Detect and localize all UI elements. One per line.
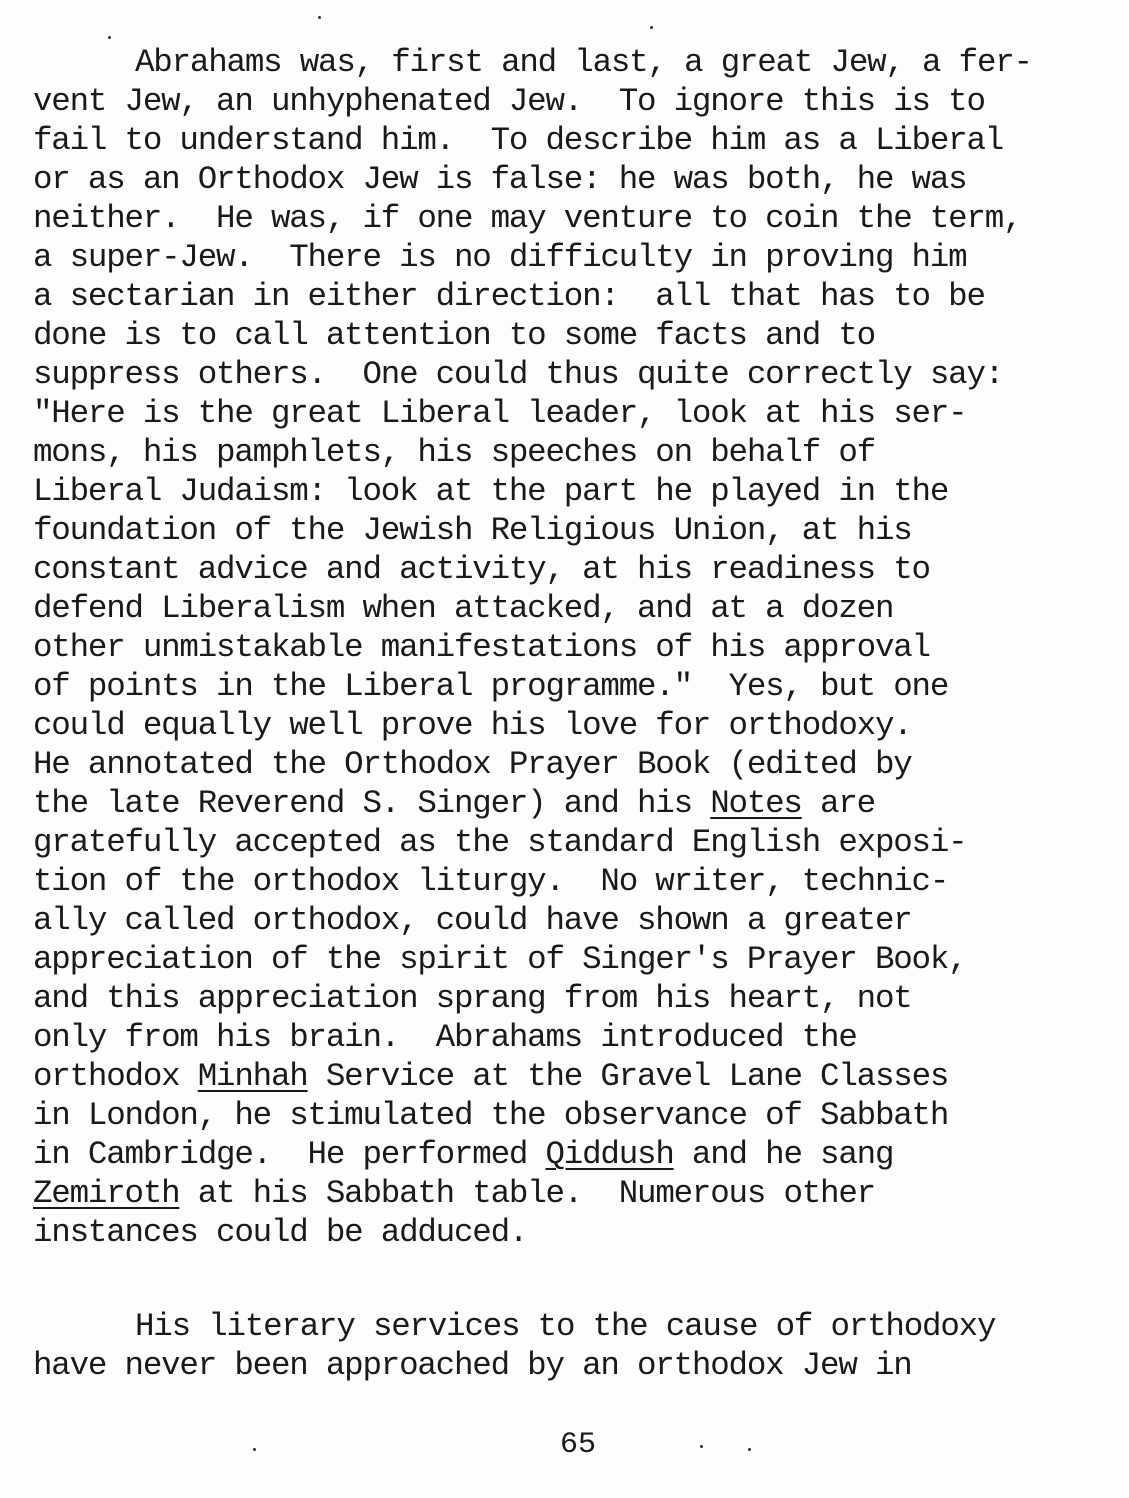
text-run: foundation of the Jewish Religious Union…	[33, 512, 912, 549]
paragraph1-line: in Cambridge. He performed Qiddush and h…	[33, 1136, 893, 1174]
paragraph1-line: in London, he stimulated the observance …	[33, 1097, 948, 1135]
text-run: the late Reverend S. Singer) and his	[33, 785, 710, 822]
paragraph1-line: He annotated the Orthodox Prayer Book (e…	[33, 746, 912, 784]
text-run: Abrahams was, first and last, a great Je…	[135, 44, 1032, 81]
scan-speck	[700, 1445, 703, 1448]
paragraph1-line: or as an Orthodox Jew is false: he was b…	[33, 161, 966, 199]
text-run: "Here is the great Liberal leader, look …	[33, 395, 966, 432]
text-run: vent Jew, an unhyphenated Jew. To ignore…	[33, 83, 985, 120]
text-run: other unmistakable manifestations of his…	[33, 629, 930, 666]
text-run: of points in the Liberal programme." Yes…	[33, 668, 948, 705]
paragraph1-line: appreciation of the spirit of Singer's P…	[33, 941, 966, 979]
text-run: Liberal Judaism: look at the part he pla…	[33, 473, 948, 510]
paragraph1-line: foundation of the Jewish Religious Union…	[33, 512, 912, 550]
text-run: gratefully accepted as the standard Engl…	[33, 824, 966, 861]
text-run: fail to understand him. To describe him …	[33, 122, 1003, 159]
scan-speck	[650, 26, 653, 29]
text-run: His literary services to the cause of or…	[135, 1308, 995, 1345]
text-run: orthodox	[33, 1058, 198, 1095]
paragraph2-line: His literary services to the cause of or…	[135, 1308, 995, 1346]
text-run: neither. He was, if one may venture to c…	[33, 200, 1021, 237]
text-run: have never been approached by an orthodo…	[33, 1347, 912, 1384]
text-run: defend Liberalism when attacked, and at …	[33, 590, 893, 627]
text-run: at his Sabbath table. Numerous other	[179, 1175, 875, 1212]
text-run: and he sang	[674, 1136, 894, 1173]
paragraph1-line: mons, his pamphlets, his speeches on beh…	[33, 434, 875, 472]
text-run: only from his brain. Abrahams introduced…	[33, 1019, 857, 1056]
text-run: are	[802, 785, 875, 822]
text-run: a super-Jew. There is no difficulty in p…	[33, 239, 966, 276]
paragraph1-line: Abrahams was, first and last, a great Je…	[135, 44, 1032, 82]
text-run: a sectarian in either direction: all tha…	[33, 278, 985, 315]
scan-speck	[253, 1448, 256, 1451]
paragraph1-line: vent Jew, an unhyphenated Jew. To ignore…	[33, 83, 985, 121]
text-run: in London, he stimulated the observance …	[33, 1097, 948, 1134]
text-run: in Cambridge. He performed	[33, 1136, 546, 1173]
paragraph1-line: of points in the Liberal programme." Yes…	[33, 668, 948, 706]
text-run: and this appreciation sprang from his he…	[33, 980, 912, 1017]
text-run: done is to call attention to some facts …	[33, 317, 875, 354]
paragraph1-line: done is to call attention to some facts …	[33, 317, 875, 355]
paragraph1-line: a super-Jew. There is no difficulty in p…	[33, 239, 966, 277]
text-run: tion of the orthodox liturgy. No writer,…	[33, 863, 948, 900]
paragraph1-line: could equally well prove his love for or…	[33, 707, 912, 745]
underlined-term: Notes	[710, 785, 802, 822]
paragraph1-line: other unmistakable manifestations of his…	[33, 629, 930, 667]
text-run: Service at the Gravel Lane Classes	[308, 1058, 949, 1095]
text-run: could equally well prove his love for or…	[33, 707, 912, 744]
paragraph1-line: orthodox Minhah Service at the Gravel La…	[33, 1058, 948, 1096]
paragraph1-line: suppress others. One could thus quite co…	[33, 356, 1003, 394]
paragraph1-line: Zemiroth at his Sabbath table. Numerous …	[33, 1175, 875, 1213]
paragraph1-line: Liberal Judaism: look at the part he pla…	[33, 473, 948, 511]
text-run: constant advice and activity, at his rea…	[33, 551, 930, 588]
paragraph1-line: instances could be adduced.	[33, 1214, 527, 1252]
text-run: or as an Orthodox Jew is false: he was b…	[33, 161, 966, 198]
scan-speck	[318, 16, 321, 19]
text-run: suppress others. One could thus quite co…	[33, 356, 1003, 393]
paragraph1-line: only from his brain. Abrahams introduced…	[33, 1019, 857, 1057]
text-run: instances could be adduced.	[33, 1214, 527, 1251]
paragraph1-line: defend Liberalism when attacked, and at …	[33, 590, 893, 628]
paragraph1-line: the late Reverend S. Singer) and his Not…	[33, 785, 875, 823]
document-page: Abrahams was, first and last, a great Je…	[0, 0, 1129, 1498]
scan-speck	[748, 1448, 751, 1451]
paragraph1-line: and this appreciation sprang from his he…	[33, 980, 912, 1018]
paragraph2-line: have never been approached by an orthodo…	[33, 1347, 912, 1385]
scan-speck	[108, 36, 111, 39]
underlined-term: Qiddush	[546, 1136, 674, 1173]
paragraph1-line: ally called orthodox, could have shown a…	[33, 902, 912, 940]
paragraph1-line: constant advice and activity, at his rea…	[33, 551, 930, 589]
underlined-term: Minhah	[198, 1058, 308, 1095]
paragraph1-line: a sectarian in either direction: all tha…	[33, 278, 985, 316]
text-run: appreciation of the spirit of Singer's P…	[33, 941, 966, 978]
paragraph1-line: neither. He was, if one may venture to c…	[33, 200, 1021, 238]
paragraph1-line: "Here is the great Liberal leader, look …	[33, 395, 966, 433]
paragraph1-line: gratefully accepted as the standard Engl…	[33, 824, 966, 862]
underlined-term: Zemiroth	[33, 1175, 179, 1212]
paragraph1-line: tion of the orthodox liturgy. No writer,…	[33, 863, 948, 901]
text-run: He annotated the Orthodox Prayer Book (e…	[33, 746, 912, 783]
text-run: mons, his pamphlets, his speeches on beh…	[33, 434, 875, 471]
paragraph1-line: fail to understand him. To describe him …	[33, 122, 1003, 160]
page-number: 65	[560, 1428, 596, 1462]
text-run: ally called orthodox, could have shown a…	[33, 902, 912, 939]
